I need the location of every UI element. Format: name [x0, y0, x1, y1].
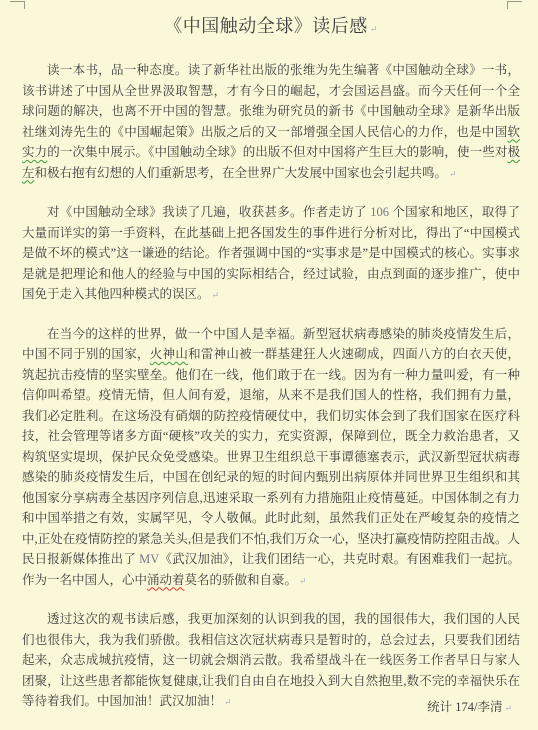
paragraph-mark: ↵ — [504, 703, 512, 713]
text-run: 读一本书，品一种态度。读了新华社出版的张维为先生编著《中国触动全球》一书，该书讲… — [22, 63, 520, 139]
footer-text: 统计 174/李清 — [427, 700, 502, 714]
document-title: 《中国触动全球》读后感↵ — [22, 12, 520, 38]
text-run: 对《中国触动全球》我读了几遍，收获甚多。作者走访了 — [47, 205, 370, 219]
paragraph-mark: ↵ — [224, 697, 232, 707]
paragraph-mark: ↵ — [212, 290, 220, 300]
spellcheck-green-underlined-text: 火神山 — [150, 347, 188, 361]
spellcheck-red-underlined-text: 涌动着 — [147, 573, 185, 587]
margin-crop-mark-left — [10, 1, 25, 9]
footer-word-count: 统计 174/李清↵ — [427, 697, 512, 715]
text-run: 透过这次的观书读后感，我更加深刻的认识到我的国，我的国很伟大，我们国的人民们也很… — [22, 612, 520, 708]
paragraph-mark: ↵ — [449, 169, 457, 179]
latin-text-run: MV — [139, 552, 159, 566]
text-run: 和极右抱有幻想的人们重新思考，在全世界广大发展中国家也会引起共鸣。 — [35, 166, 448, 180]
text-run: 莫名的骄傲和自豪。 — [185, 573, 298, 587]
paragraph: 对《中国触动全球》我读了几遍，收获甚多。作者走访了 106 个国家和地区，取得了… — [22, 202, 520, 306]
document-body: 读一本书，品一种态度。读了新华社出版的张维为先生编著《中国触动全球》一书，该书讲… — [22, 60, 520, 713]
margin-crop-mark-right — [507, 1, 522, 9]
text-run: 个国家和地区，取得了大量而详实的第一手资料，在此基础上把各国发生的事件进行分析对… — [22, 205, 520, 301]
paragraph: 读一本书，品一种态度。读了新华社出版的张维为先生编著《中国触动全球》一书，该书讲… — [22, 60, 520, 184]
paragraph-mark: ↵ — [299, 576, 307, 586]
text-run: 的一次集中展示。《中国触动全球》的出版不但对中国将产生巨大的影响，使一些对 — [47, 145, 507, 159]
document-page: 《中国触动全球》读后感↵ 读一本书，品一种态度。读了新华社出版的张维为先生编著《… — [0, 0, 538, 730]
text-run: 和雷神山被一群基建狂人火速砌成，四面八方的白衣天使，筑起抗击疫情的坚实壁垒。他们… — [22, 347, 520, 566]
latin-text-run: 106 — [370, 205, 389, 219]
paragraph-mark: ↵ — [370, 24, 378, 34]
paragraph: 在当今的这样的世界，做一个中国人是幸福。新型冠状病毒感染的肺炎疫情发生后，中国不… — [22, 324, 520, 592]
document-title-text: 《中国触动全球》读后感 — [164, 16, 368, 36]
